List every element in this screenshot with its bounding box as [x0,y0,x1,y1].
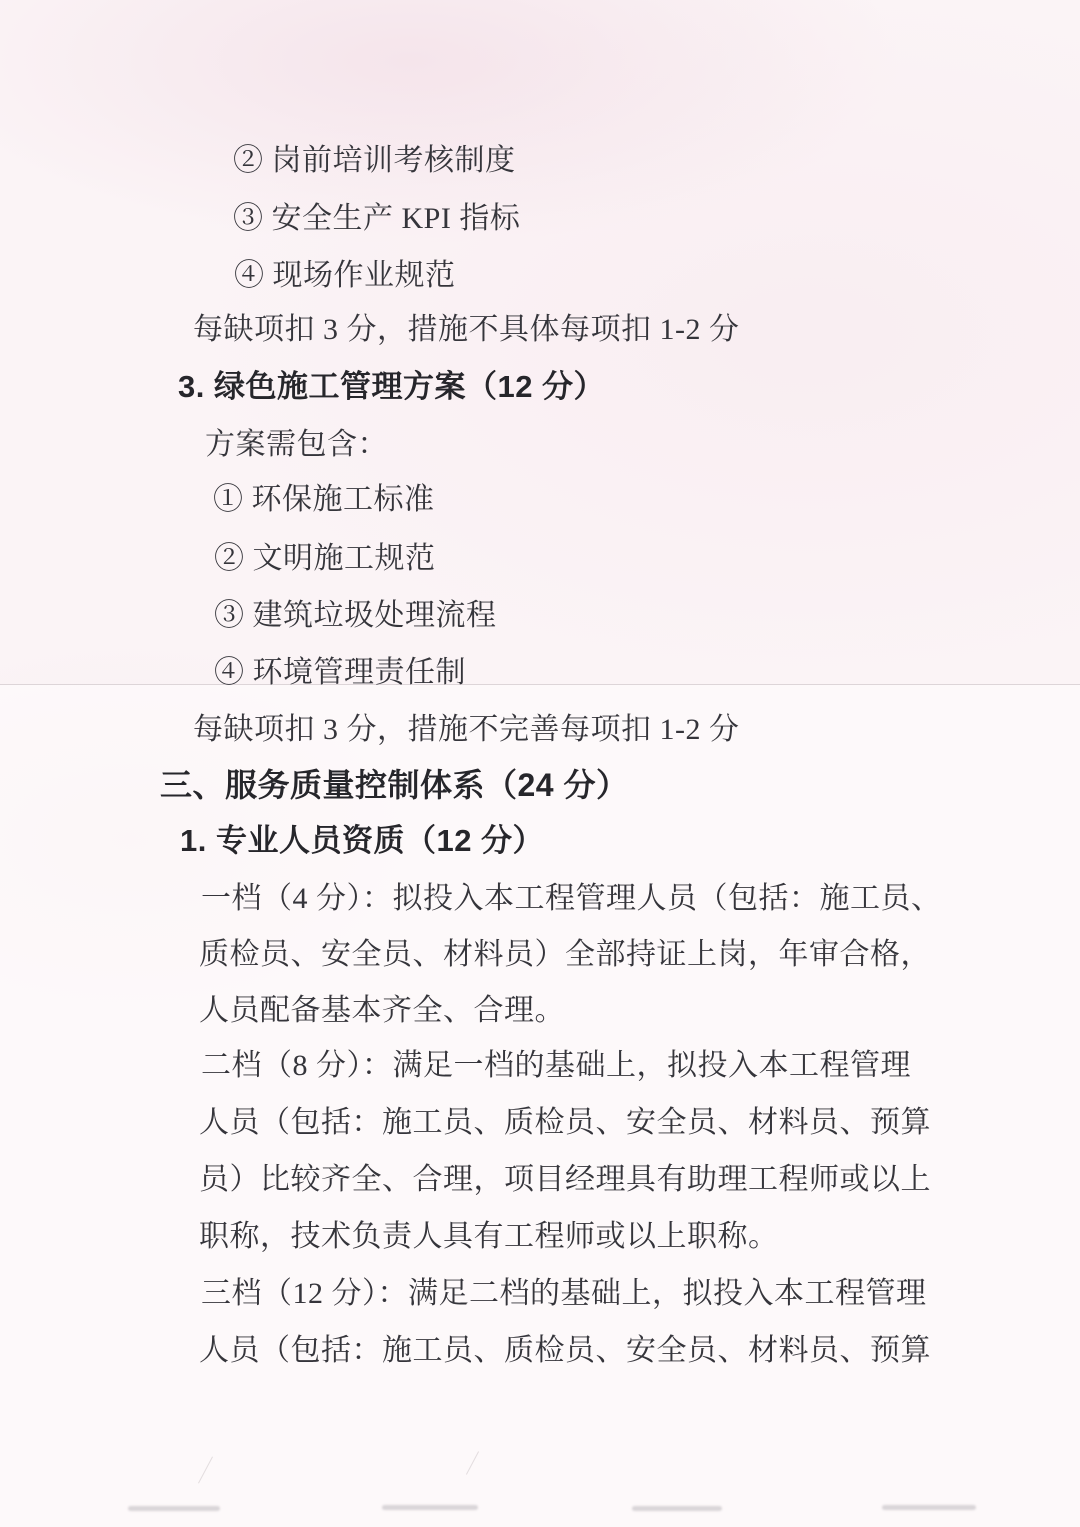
green-section-intro: 方案需包含： [205,426,388,464]
scan-artifact [382,1505,478,1510]
scan-artifact [128,1506,220,1511]
document-page: ② 岗前培训考核制度 ③ 安全生产 KPI 指标 ④ 现场作业规范 每缺项扣 3… [0,0,1080,1527]
tier2-line-2: 人员（包括：施工员、质检员、安全员、材料员、预算 [199,1104,931,1142]
green-item-2: ② 文明施工规范 [214,540,436,578]
scan-artifact [882,1505,976,1510]
green-item-3: ③ 建筑垃圾处理流程 [214,597,497,635]
service-quality-heading: 三、服务质量控制体系（24 分） [160,766,629,804]
tier1-line-3: 人员配备基本齐全、合理。 [199,992,565,1030]
tier1-line-1: 一档（4 分）：拟投入本工程管理人员（包括：施工员、 [201,880,942,918]
tier3-line-2: 人员（包括：施工员、质检员、安全员、材料员、预算 [199,1332,931,1370]
tier2-line-1: 二档（8 分）：满足一档的基础上，拟投入本工程管理 [201,1047,911,1085]
tier2-line-4: 职称，技术负责人具有工程师或以上职称。 [199,1218,779,1256]
green-section-heading: 3. 绿色施工管理方案（12 分） [178,368,605,406]
tier3-line-1: 三档（12 分）：满足二档的基础上，拟投入本工程管理 [201,1275,927,1313]
green-item-4: ④ 环境管理责任制 [214,654,466,692]
safety-deduction-note: 每缺项扣 3 分，措施不具体每项扣 1-2 分 [193,311,740,349]
green-item-1: ① 环保施工标准 [213,481,435,519]
personnel-subsection-heading: 1. 专业人员资质（12 分） [180,822,544,860]
green-deduction-note: 每缺项扣 3 分，措施不完善每项扣 1-2 分 [193,711,740,749]
tier2-line-3: 员）比较齐全、合理，项目经理具有助理工程师或以上 [199,1161,931,1199]
safety-item-3: ③ 安全生产 KPI 指标 [233,200,520,238]
safety-item-4: ④ 现场作业规范 [234,257,456,295]
safety-item-2: ② 岗前培训考核制度 [233,142,516,180]
scan-artifact [632,1506,722,1511]
tier1-line-2: 质检员、安全员、材料员）全部持证上岗，年审合格， [199,936,931,974]
